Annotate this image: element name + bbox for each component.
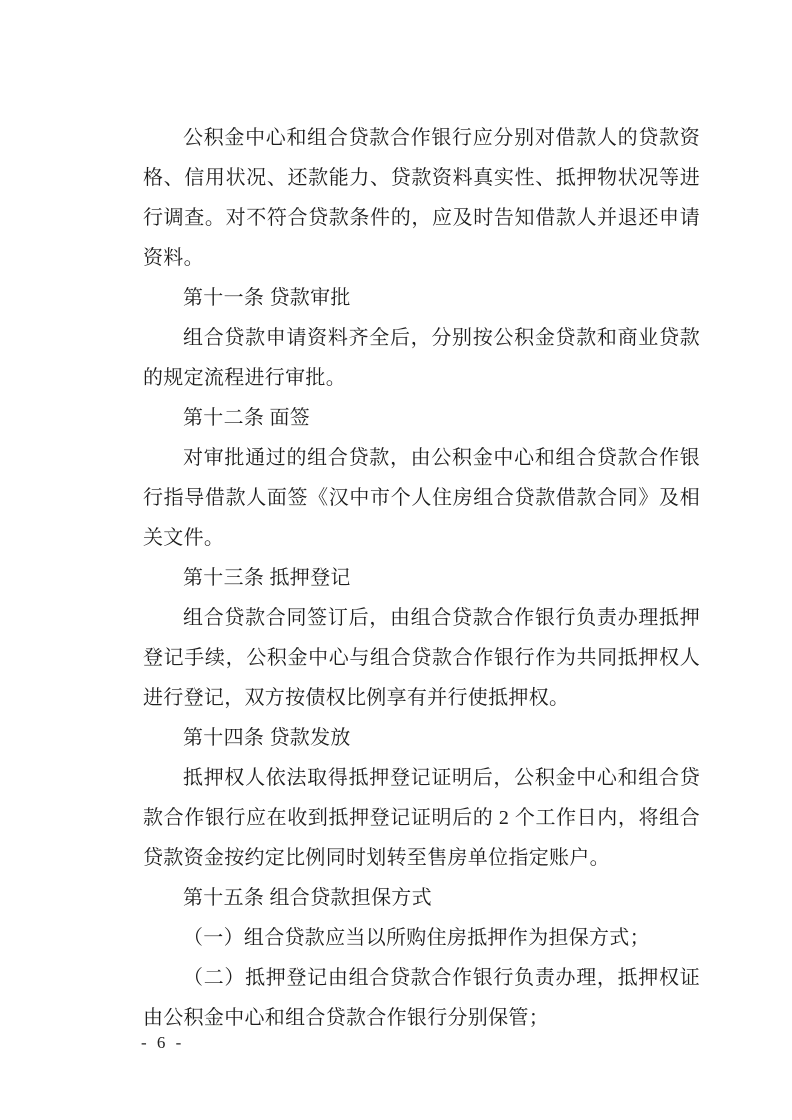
paragraph-face-signing: 对审批通过的组合贷款，由公积金中心和组合贷款合作银行指导借款人面签《汉中市个人住… xyxy=(143,438,700,558)
paragraph-guarantee-item-2: （二）抵押登记由组合贷款合作银行负责办理，抵押权证由公积金中心和组合贷款合作银行… xyxy=(143,958,700,1038)
article-15-heading: 第十五条 组合贷款担保方式 xyxy=(143,878,700,918)
document-page: 公积金中心和组合贷款合作银行应分别对借款人的贷款资格、信用状况、还款能力、贷款资… xyxy=(0,0,792,1120)
page-number: - 6 - xyxy=(141,1032,184,1054)
paragraph-loan-approval: 组合贷款申请资料齐全后，分别按公积金贷款和商业贷款的规定流程进行审批。 xyxy=(143,318,700,398)
article-13-heading: 第十三条 抵押登记 xyxy=(143,558,700,598)
article-14-heading: 第十四条 贷款发放 xyxy=(143,718,700,758)
paragraph-mortgage-registration: 组合贷款合同签订后，由组合贷款合作银行负责办理抵押登记手续，公积金中心与组合贷款… xyxy=(143,598,700,718)
article-11-heading: 第十一条 贷款审批 xyxy=(143,278,700,318)
document-body: 公积金中心和组合贷款合作银行应分别对借款人的贷款资格、信用状况、还款能力、贷款资… xyxy=(143,118,700,1038)
paragraph-guarantee-item-1: （一）组合贷款应当以所购住房抵押作为担保方式； xyxy=(143,918,700,958)
article-12-heading: 第十二条 面签 xyxy=(143,398,700,438)
paragraph-loan-investigation: 公积金中心和组合贷款合作银行应分别对借款人的贷款资格、信用状况、还款能力、贷款资… xyxy=(143,118,700,278)
paragraph-loan-disbursement: 抵押权人依法取得抵押登记证明后，公积金中心和组合贷款合作银行应在收到抵押登记证明… xyxy=(143,758,700,878)
